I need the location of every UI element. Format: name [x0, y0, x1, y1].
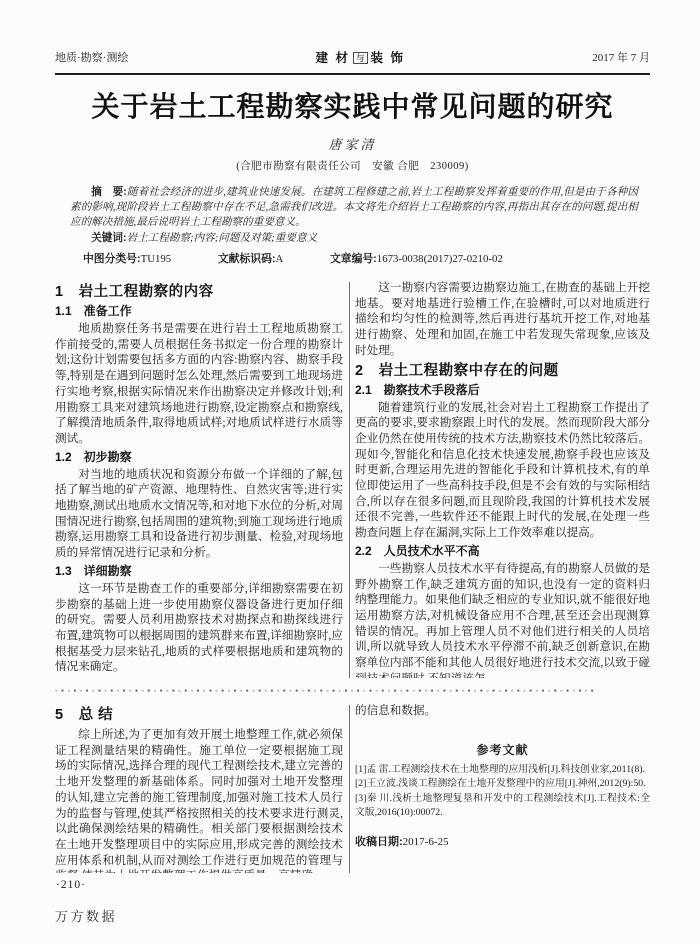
- paragraph-1-4: 这一勘察内容需要边勘察边施工,在勘查的基础上开挖地基。要对地基进行验槽工作,在验…: [355, 280, 650, 359]
- bottom-right-column: 的信息和数据。 参考文献 [1]孟 雷.工程测绘技术在土地整理的应用浅析[J].…: [355, 703, 650, 873]
- paragraph-1-2: 对当地的地质状况和资源分布做一个详细的了解,包括了解当地的矿产资源、地理特性、自…: [55, 467, 343, 561]
- abstract-text: 随着社会经济的进步,建筑业快速发展。在建筑工程修建之前,岩土工程勘察发挥着重要的…: [70, 187, 638, 228]
- reference-item-3: [3]秦 川.浅析土地整理复垦和开发中的工程测绘技术[J].工程技术:全文版,2…: [355, 792, 650, 821]
- paragraph-2-2: 一些勘察人员技术水平有待提高,有的勘察人员做的是野外勘察工作,缺乏建筑方面的知识…: [355, 561, 650, 678]
- issue-date: 2017 年 7 月: [592, 50, 650, 66]
- received-date: 收稿日期:2017-6-25: [355, 833, 650, 849]
- subsection-heading-1-3: 1.3 详细勘察: [55, 564, 343, 579]
- paragraph-1-1: 地质勘察任务书是需要在进行岩土工程地质勘察工作前接受的,需要人员根据任务书拟定一…: [55, 321, 343, 447]
- author-affiliation: (合肥市勘察有限责任公司 安徽 合肥 230009): [55, 158, 650, 173]
- paragraph-2-1: 随着建筑行业的发展,社会对岩土工程勘察工作提出了更高的要求,要求勘察跟上时代的发…: [355, 400, 650, 541]
- abstract-block: 摘 要:随着社会经济的进步,建筑业快速发展。在建筑工程修建之前,岩土工程勘察发挥…: [70, 185, 638, 246]
- journal-logo-left: 建 材: [316, 51, 350, 65]
- column-divider-rule: [349, 705, 350, 873]
- page-content: 地质·勘察·测绘 建 材与装 饰 2017 年 7 月 关于岩土工程勘察实践中常…: [0, 0, 700, 873]
- page-number: ·210·: [56, 879, 86, 891]
- conclusion-paragraph: 综上所述,为了更加有效开展土地整理工作,就必须保证工程测量结果的精确性。施工单位…: [55, 727, 343, 873]
- journal-header: 地质·勘察·测绘 建 材与装 饰 2017 年 7 月: [55, 50, 650, 75]
- subsection-heading-2-1: 2.1 勘察技术手段落后: [355, 383, 650, 398]
- journal-logo: 建 材与装 饰: [316, 50, 405, 66]
- paragraph-1-3: 这一环节是勘查工作的重要部分,详细勘察需要在初步勘察的基础上进一步使用勘察仪器设…: [55, 581, 343, 675]
- right-column: 这一勘察内容需要边勘察边施工,在勘查的基础上开挖地基。要对地基进行验槽工作,在验…: [355, 280, 650, 678]
- author-name: 唐家清: [55, 134, 650, 153]
- reference-item-1: [1]孟 雷.工程测绘技术在土地整理的应用浅析[J].科技创业家,2011(8)…: [355, 763, 650, 778]
- keywords-label: 关键词:: [91, 232, 126, 244]
- section-heading-1: 1 岩土工程勘察的内容: [55, 283, 343, 301]
- conclusion-continuation: 的信息和数据。: [355, 703, 650, 719]
- bottom-left-column: 5 总 结 综上所述,为了更加有效开展土地整理工作,就必须保证工程测量结果的精确…: [55, 703, 343, 873]
- document-code: 文献标识码:A: [218, 253, 283, 265]
- document-code-label: 文献标识码:: [218, 253, 276, 265]
- journal-section-label: 地质·勘察·测绘: [55, 50, 128, 66]
- received-date-value: 2017-6-25: [403, 836, 449, 848]
- journal-page: 地质·勘察·测绘 建 材与装 饰 2017 年 7 月 关于岩土工程勘察实践中常…: [0, 0, 700, 944]
- main-body-columns: 1 岩土工程勘察的内容 1.1 准备工作 地质勘察任务书是需要在进行岩土工程地质…: [55, 280, 650, 678]
- subsection-heading-1-2: 1.2 初步勘察: [55, 450, 343, 465]
- classification-row: 中图分类号:TU195 文献标识码:A 文章编号:1673-0038(2017)…: [83, 252, 650, 267]
- article-number: 文章编号:1673-0038(2017)27-0210-02: [330, 253, 503, 265]
- document-code-value: A: [275, 253, 283, 265]
- received-date-label: 收稿日期:: [355, 836, 403, 848]
- article-number-value: 1673-0038(2017)27-0210-02: [377, 253, 503, 265]
- column-divider-rule: [349, 282, 350, 678]
- left-column: 1 岩土工程勘察的内容 1.1 准备工作 地质勘察任务书是需要在进行岩土工程地质…: [55, 280, 343, 678]
- clc-label: 中图分类号:: [83, 253, 141, 265]
- abstract-label: 摘 要:: [91, 186, 127, 198]
- section-heading-2: 2 岩土工程勘察中存在的问题: [355, 362, 650, 380]
- section-heading-5: 5 总 结: [55, 706, 343, 724]
- subsection-heading-1-1: 1.1 准备工作: [55, 304, 343, 319]
- article-number-label: 文章编号:: [330, 253, 377, 265]
- journal-logo-box-character: 与: [353, 52, 368, 64]
- keywords-text: 岩土工程勘察;内容;问题及对策;重要意义: [127, 233, 318, 244]
- bottom-body-columns: 5 总 结 综上所述,为了更加有效开展土地整理工作,就必须保证工程测量结果的精确…: [55, 703, 650, 873]
- clc-number: 中图分类号:TU195: [83, 253, 171, 265]
- references-title: 参考文献: [355, 741, 650, 758]
- wanfang-data-watermark: 万方数据: [55, 906, 117, 925]
- paper-title: 关于岩土工程勘察实践中常见问题的研究: [55, 90, 650, 126]
- abstract: 摘 要:随着社会经济的进步,建筑业快速发展。在建筑工程修建之前,岩土工程勘察发挥…: [70, 185, 638, 230]
- reference-item-2: [2]王立波.浅谈工程测绘在土地开发整理中的应用[J].神州,2012(9):5…: [355, 777, 650, 792]
- clc-value: TU195: [141, 253, 172, 265]
- subsection-heading-2-2: 2.2 人员技术水平不高: [355, 544, 650, 559]
- article-separator-ornament: ◦▪◦▪◦▪◦▪◦▪◦▪◦▪◦▪◦▪◦▪◦▪◦▪◦▪◦▪◦▪◦▪◦▪◦▪◦▪◦▪…: [55, 685, 650, 697]
- journal-logo-right: 装 饰: [371, 51, 405, 65]
- keywords: 关键词:岩土工程勘察;内容;问题及对策;重要意义: [70, 231, 638, 246]
